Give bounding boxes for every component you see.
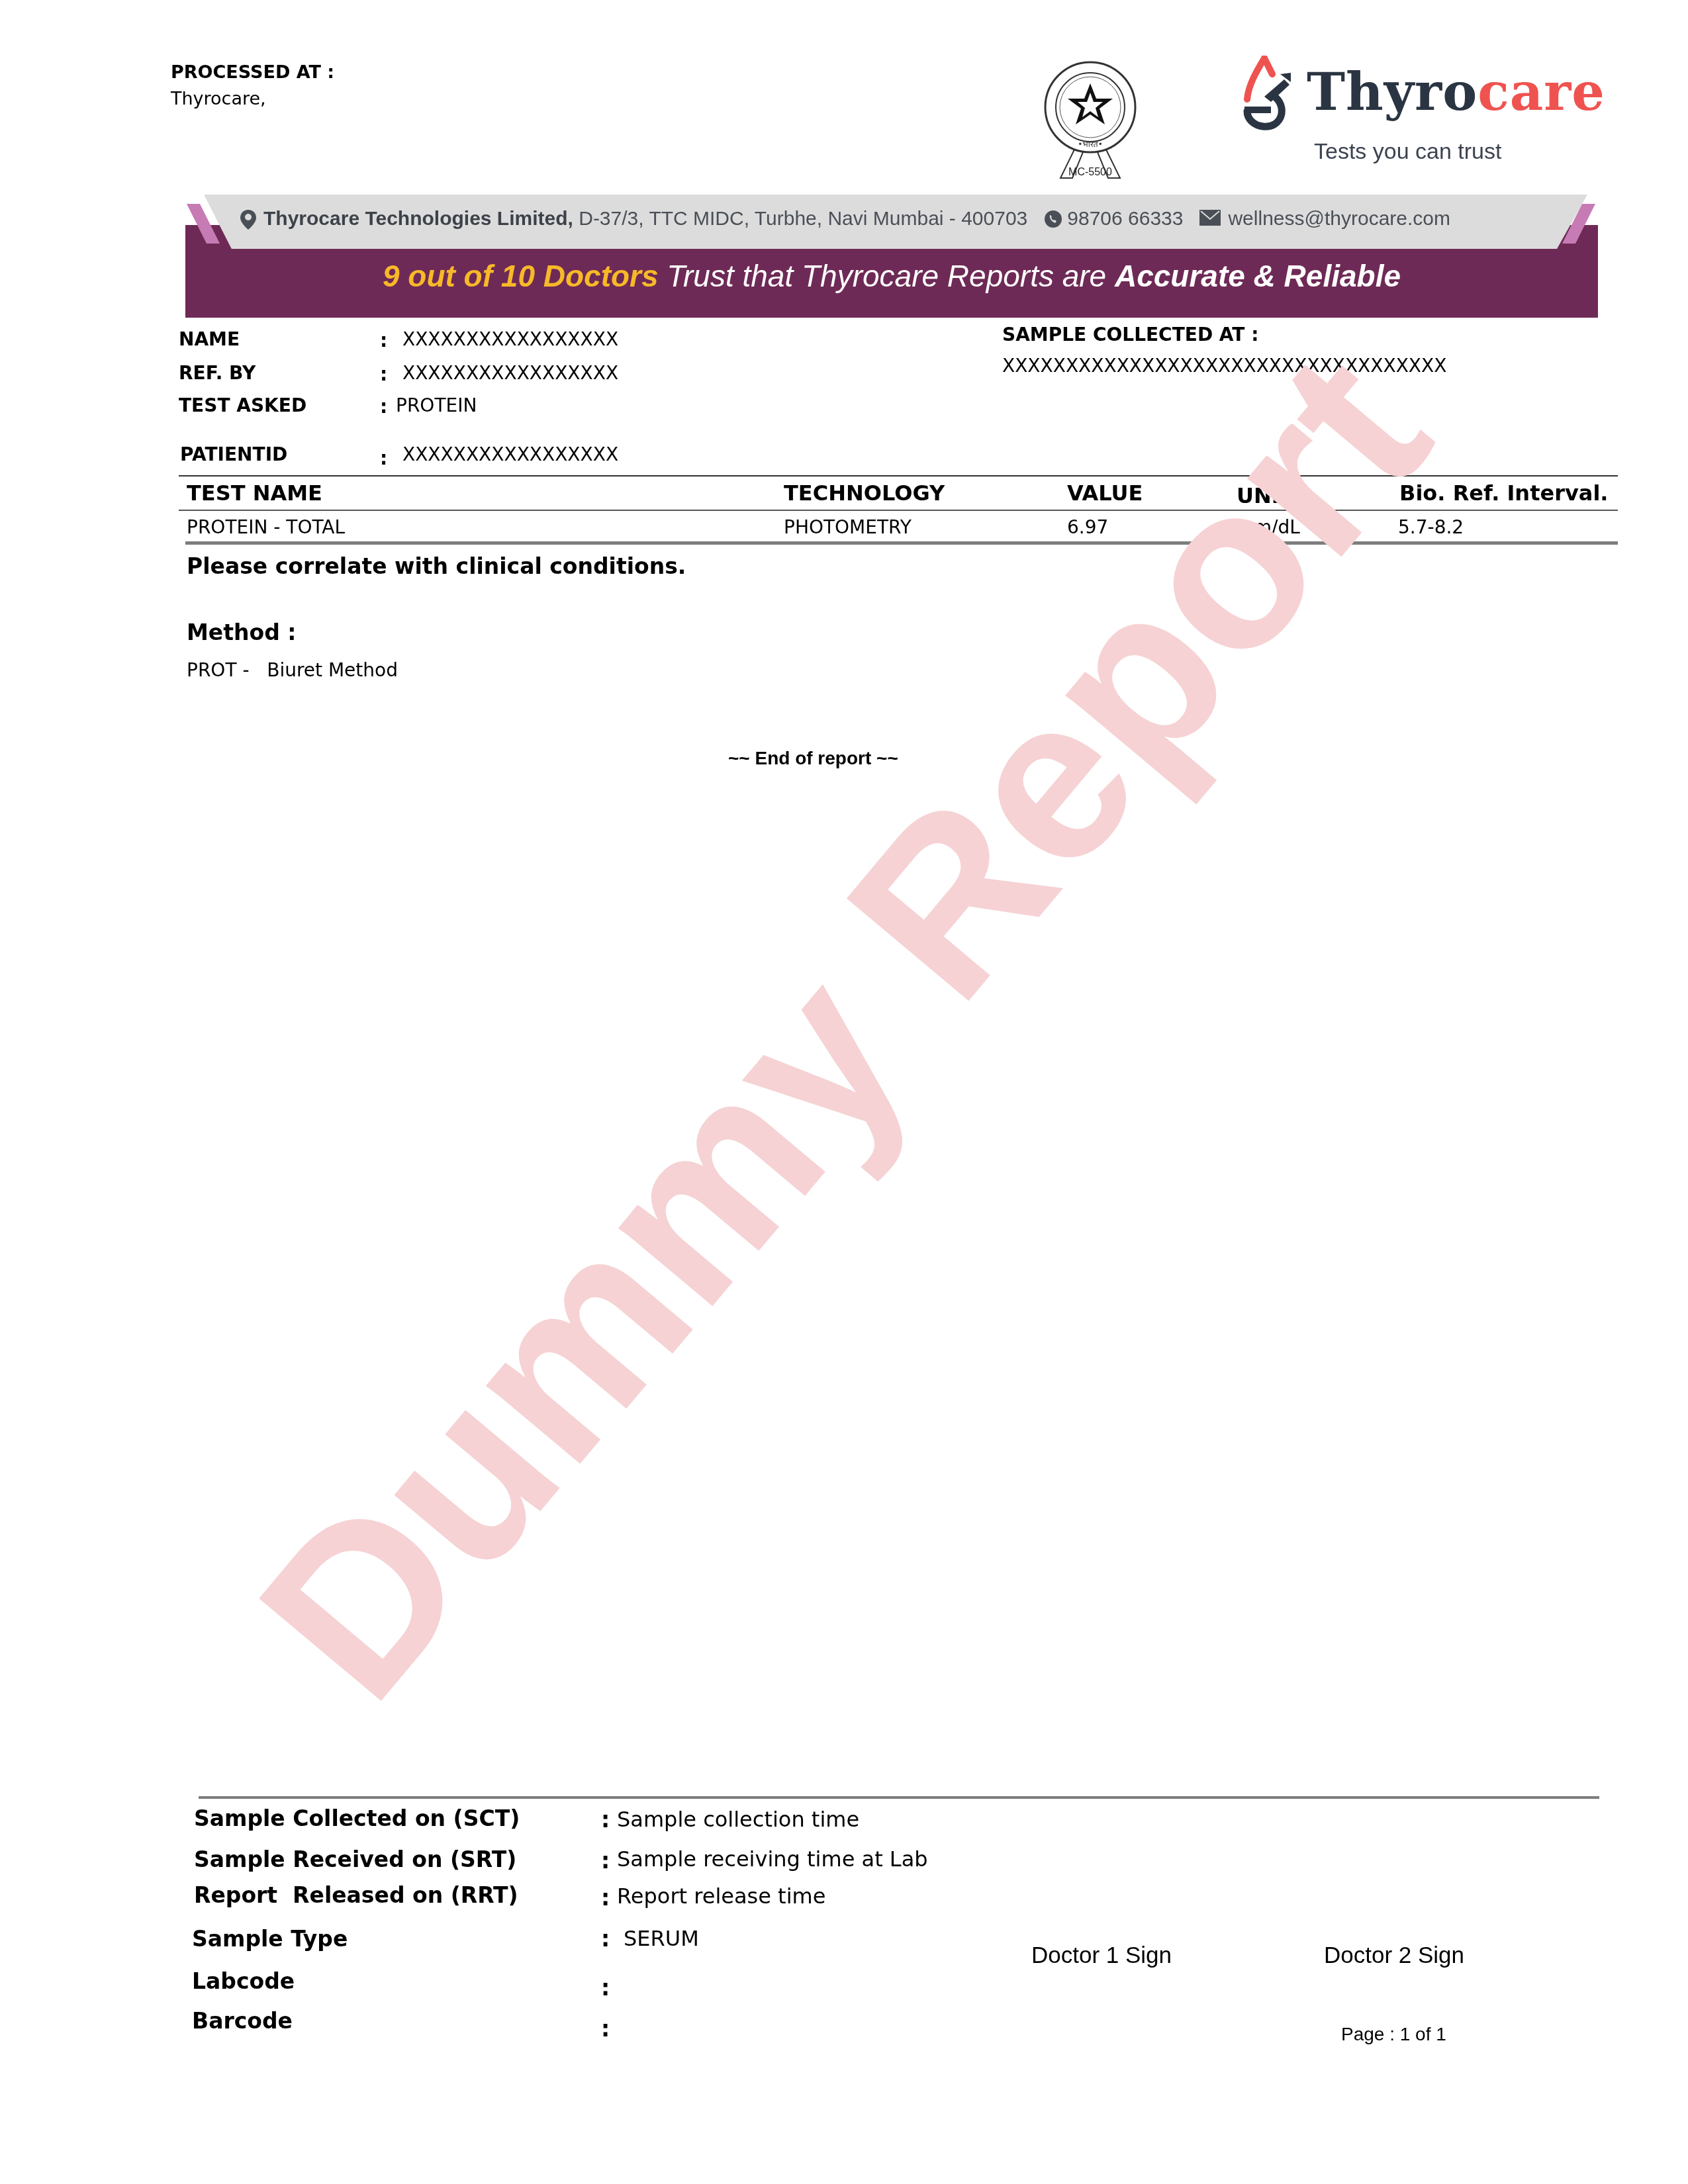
tagline-highlight: 9 out of 10 Doctors [383, 259, 659, 293]
col-header-technology: TECHNOLOGY [784, 480, 945, 506]
footer-labcode-colon: : [601, 1975, 610, 2001]
method-description: Biuret Method [267, 659, 398, 681]
cell-units: gm/dL [1242, 516, 1300, 538]
test-asked-value: PROTEIN [396, 394, 477, 416]
footer-sct-value: Sample collection time [617, 1807, 859, 1832]
footer-labcode-label: Labcode [192, 1968, 295, 1994]
footer-rrt-colon: : [601, 1885, 610, 1911]
col-header-ref-interval: Bio. Ref. Interval. [1399, 480, 1609, 506]
accreditation-code: MC-5500 [1054, 167, 1127, 179]
header-banner: Thyrocare Technologies Limited, D-37/3, … [185, 195, 1598, 318]
nabl-seal-icon: •भारत• [1041, 56, 1140, 181]
sample-collected-at-label: SAMPLE COLLECTED AT : [1002, 324, 1258, 345]
ref-by-value: XXXXXXXXXXXXXXXXX [402, 362, 618, 384]
doctor-2-sign: Doctor 2 Sign [1324, 1942, 1464, 1969]
doctor-1-sign: Doctor 1 Sign [1031, 1942, 1172, 1969]
footer-barcode-label: Barcode [192, 2008, 293, 2034]
processed-at-label: PROCESSED AT : [171, 62, 334, 83]
brand-name-part1: Thyro [1307, 62, 1477, 122]
company-name: Thyrocare Technologies Limited, [263, 208, 573, 230]
brand-name: Thyrocare [1307, 62, 1605, 122]
page-number: Page : 1 of 1 [1341, 2024, 1446, 2045]
method-line: PROT - Biuret Method [187, 659, 398, 681]
ref-by-colon: : [380, 363, 387, 385]
footer-rule [199, 1796, 1599, 1799]
contact-phone: 98706 66333 [1067, 208, 1183, 230]
method-heading: Method : [187, 619, 296, 645]
end-of-report: ~~ End of report ~~ [728, 748, 898, 769]
test-asked-colon: : [380, 396, 387, 418]
cell-value: 6.97 [1067, 516, 1108, 538]
sample-collected-at-value: XXXXXXXXXXXXXXXXXXXXXXXXXXXXXXXXXXX [1002, 355, 1446, 377]
footer-barcode-colon: : [601, 2016, 610, 2042]
brand-name-part2: care [1477, 62, 1605, 122]
contact-info: Thyrocare Technologies Limited, D-37/3, … [240, 208, 1450, 230]
banner-tagline: 9 out of 10 Doctors Trust that Thyrocare… [185, 258, 1598, 294]
footer-sct-label: Sample Collected on (SCT) [194, 1805, 520, 1831]
tagline-emphasis: Accurate & Reliable [1115, 259, 1401, 293]
footer-rrt-label: Report Released on (RRT) [194, 1882, 518, 1908]
footer-sample-type-colon: : [601, 1926, 610, 1952]
cell-technology: PHOTOMETRY [784, 516, 912, 538]
footer-sct-colon: : [601, 1807, 610, 1833]
footer-srt-label: Sample Received on (SRT) [194, 1846, 516, 1872]
patient-id-label: PATIENTID [180, 443, 287, 465]
microscope-drop-icon [1238, 56, 1299, 135]
col-header-value: VALUE [1067, 480, 1143, 506]
whatsapp-phone-icon [1043, 209, 1060, 229]
col-header-test-name: TEST NAME [187, 480, 322, 506]
clinical-note: Please correlate with clinical condition… [187, 553, 686, 579]
email-icon [1199, 209, 1221, 229]
footer-rrt-value: Report release time [617, 1884, 825, 1909]
location-pin-icon [240, 209, 257, 229]
col-header-units: UNITS [1237, 483, 1309, 508]
svg-text:•भारत•: •भारत• [1078, 140, 1102, 149]
table-top-rule [179, 475, 1618, 477]
footer-sample-type-value: SERUM [624, 1926, 699, 1951]
method-code: PROT - [187, 659, 250, 681]
tagline-middle: Trust that Thyrocare Reports are [659, 259, 1115, 293]
footer-sample-type-label: Sample Type [192, 1926, 348, 1952]
name-colon: : [380, 330, 387, 351]
processed-at-value: Thyrocare, [171, 89, 266, 109]
table-bottom-rule [185, 541, 1618, 545]
footer-srt-value: Sample receiving time at Lab [617, 1846, 928, 1872]
ref-by-label: REF. BY [179, 362, 256, 384]
patient-id-value: XXXXXXXXXXXXXXXXX [402, 443, 618, 465]
test-asked-label: TEST ASKED [179, 394, 306, 416]
thyrocare-logo: Thyrocare Tests you can trust [1238, 56, 1582, 168]
table-header-rule [179, 510, 1618, 511]
name-label: NAME [179, 328, 240, 350]
cell-test-name: PROTEIN - TOTAL [187, 516, 345, 538]
cell-ref-interval: 5.7-8.2 [1398, 516, 1464, 538]
brand-tagline: Tests you can trust [1314, 139, 1501, 165]
company-address: D-37/3, TTC MIDC, Turbhe, Navi Mumbai - … [579, 208, 1027, 230]
patient-id-colon: : [380, 447, 387, 469]
name-value: XXXXXXXXXXXXXXXXX [402, 328, 618, 350]
contact-email: wellness@thyrocare.com [1228, 208, 1450, 230]
footer-srt-colon: : [601, 1848, 610, 1874]
